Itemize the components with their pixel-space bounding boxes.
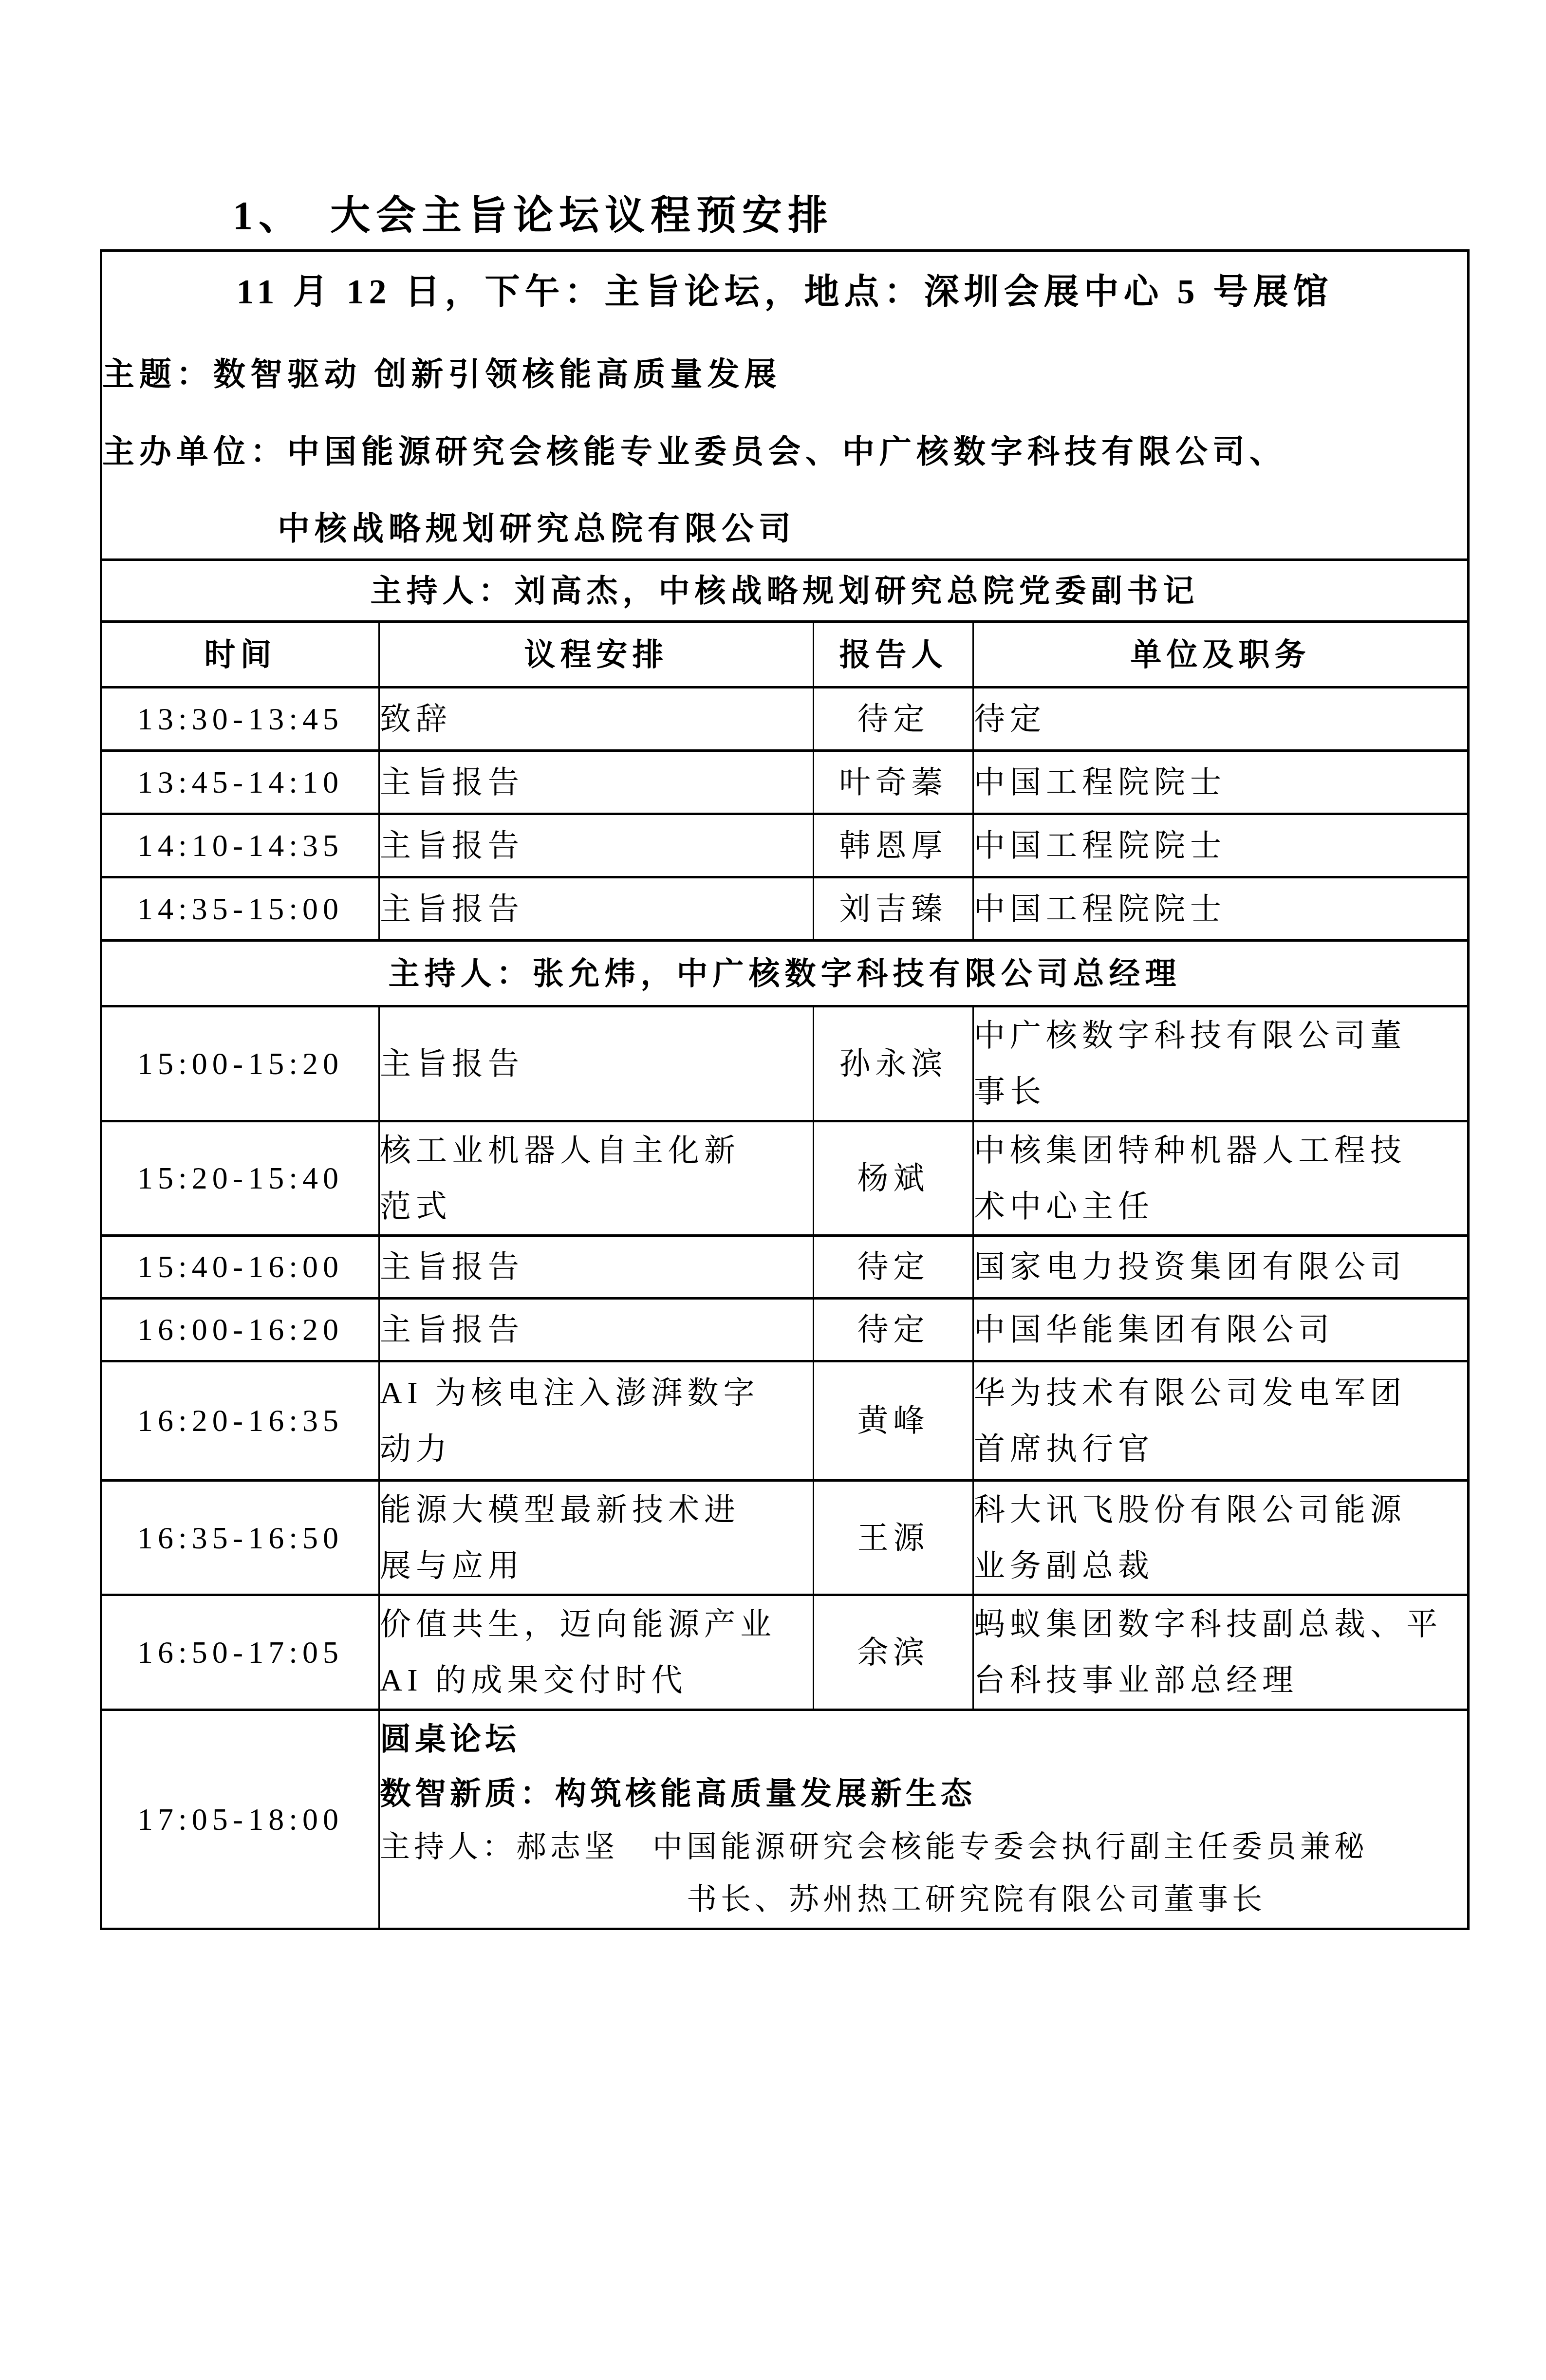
roundtable-cell: 圆桌论坛 数智新质：构筑核能高质量发展新生态 主持人：郝志坚 中国能源研究会核能… [379, 1710, 1469, 1929]
agenda-row: 14:35-15:00 主旨报告 刘吉臻 中国工程院院士 [101, 877, 1469, 941]
agenda-cell: 主旨报告 [379, 751, 814, 814]
time-cell: 14:35-15:00 [101, 877, 379, 941]
speaker-cell: 王源 [814, 1480, 973, 1595]
agenda-cell: 主旨报告 [379, 1006, 814, 1121]
agenda-cell: AI 为核电注入澎湃数字 动力 [379, 1361, 814, 1480]
unit-cell: 待定 [973, 688, 1469, 751]
session-header: 11 月 12 日，下午：主旨论坛，地点：深圳会展中心 5 号展馆 [102, 260, 1467, 324]
agenda-row: 16:50-17:05 价值共生，迈向能源产业 AI 的成果交付时代 余滨 蚂蚁… [101, 1595, 1469, 1710]
session-info-row: 11 月 12 日，下午：主旨论坛，地点：深圳会展中心 5 号展馆 主题：数智驱… [101, 251, 1469, 560]
agenda-row: 15:40-16:00 主旨报告 待定 国家电力投资集团有限公司 [101, 1235, 1469, 1298]
time-cell: 15:20-15:40 [101, 1121, 379, 1235]
speaker-cell: 待定 [814, 1235, 973, 1298]
time-cell: 16:20-16:35 [101, 1361, 379, 1480]
time-cell: 16:35-16:50 [101, 1480, 379, 1595]
col-header-speaker: 报告人 [814, 622, 973, 688]
moderator-row-1: 主持人：刘高杰，中核战略规划研究总院党委副书记 [101, 560, 1469, 622]
time-cell: 17:05-18:00 [101, 1710, 379, 1929]
time-cell: 15:00-15:20 [101, 1006, 379, 1121]
session-info-cell: 11 月 12 日，下午：主旨论坛，地点：深圳会展中心 5 号展馆 主题：数智驱… [101, 251, 1469, 560]
speaker-cell: 黄峰 [814, 1361, 973, 1480]
unit-cell: 中国工程院院士 [973, 877, 1469, 941]
roundtable-title: 圆桌论坛 [380, 1712, 1467, 1766]
moderator-row-2: 主持人：张允炜，中广核数字科技有限公司总经理 [101, 941, 1469, 1006]
agenda-row: 13:45-14:10 主旨报告 叶奇蓁 中国工程院院士 [101, 751, 1469, 814]
moderator-1-text: 主持人：刘高杰，中核战略规划研究总院党委副书记 [101, 560, 1469, 622]
speaker-cell: 刘吉臻 [814, 877, 973, 941]
col-header-agenda: 议程安排 [379, 622, 814, 688]
document-page: { "page": { "heading": "1、 大会主旨论坛议程预安排" … [0, 194, 1546, 2380]
agenda-cell: 主旨报告 [379, 1235, 814, 1298]
time-cell: 15:40-16:00 [101, 1235, 379, 1298]
page-title: 1、 大会主旨论坛议程预安排 [233, 194, 1546, 238]
speaker-cell: 待定 [814, 688, 973, 751]
unit-cell: 中国工程院院士 [973, 751, 1469, 814]
moderator-2-text: 主持人：张允炜，中广核数字科技有限公司总经理 [101, 941, 1469, 1006]
organizer-line: 主办单位：中国能源研究会核能专业委员会、中广核数字科技有限公司、 [102, 424, 1467, 482]
agenda-row: 15:20-15:40 核工业机器人自主化新 范式 杨斌 中核集团特种机器人工程… [101, 1121, 1469, 1235]
time-cell: 13:45-14:10 [101, 751, 379, 814]
agenda-cell: 致辞 [379, 688, 814, 751]
unit-cell: 中国华能集团有限公司 [973, 1298, 1469, 1361]
organizer-continuation-line: 中核战略规划研究总院有限公司 [278, 501, 1467, 558]
roundtable-moderator-line1: 主持人：郝志坚 中国能源研究会核能专委会执行副主任委员兼秘 [380, 1821, 1467, 1874]
theme-line: 主题：数智驱动 创新引领核能高质量发展 [102, 346, 1467, 404]
speaker-cell: 余滨 [814, 1595, 973, 1710]
agenda-cell: 价值共生，迈向能源产业 AI 的成果交付时代 [379, 1595, 814, 1710]
time-cell: 13:30-13:45 [101, 688, 379, 751]
roundtable-row: 17:05-18:00 圆桌论坛 数智新质：构筑核能高质量发展新生态 主持人：郝… [101, 1710, 1469, 1929]
column-header-row: 时间 议程安排 报告人 单位及职务 [101, 622, 1469, 688]
roundtable-subtitle: 数智新质：构筑核能高质量发展新生态 [380, 1766, 1467, 1821]
agenda-cell: 主旨报告 [379, 1298, 814, 1361]
agenda-table: 11 月 12 日，下午：主旨论坛，地点：深圳会展中心 5 号展馆 主题：数智驱… [100, 249, 1470, 1930]
agenda-row: 13:30-13:45 致辞 待定 待定 [101, 688, 1469, 751]
unit-cell: 华为技术有限公司发电军团 首席执行官 [973, 1361, 1469, 1480]
roundtable-moderator-line2: 书长、苏州热工研究院有限公司董事长 [687, 1874, 1467, 1927]
time-cell: 14:10-14:35 [101, 814, 379, 877]
speaker-cell: 孙永滨 [814, 1006, 973, 1121]
col-header-unit: 单位及职务 [973, 622, 1469, 688]
speaker-cell: 待定 [814, 1298, 973, 1361]
agenda-cell: 能源大模型最新技术进 展与应用 [379, 1480, 814, 1595]
agenda-row: 16:35-16:50 能源大模型最新技术进 展与应用 王源 科大讯飞股份有限公… [101, 1480, 1469, 1595]
agenda-cell: 主旨报告 [379, 814, 814, 877]
unit-cell: 中国工程院院士 [973, 814, 1469, 877]
unit-cell: 科大讯飞股份有限公司能源 业务副总裁 [973, 1480, 1469, 1595]
agenda-row: 14:10-14:35 主旨报告 韩恩厚 中国工程院院士 [101, 814, 1469, 877]
speaker-cell: 韩恩厚 [814, 814, 973, 877]
agenda-row: 16:20-16:35 AI 为核电注入澎湃数字 动力 黄峰 华为技术有限公司发… [101, 1361, 1469, 1480]
agenda-row: 16:00-16:20 主旨报告 待定 中国华能集团有限公司 [101, 1298, 1469, 1361]
speaker-cell: 叶奇蓁 [814, 751, 973, 814]
col-header-time: 时间 [101, 622, 379, 688]
time-cell: 16:50-17:05 [101, 1595, 379, 1710]
unit-cell: 国家电力投资集团有限公司 [973, 1235, 1469, 1298]
speaker-cell: 杨斌 [814, 1121, 973, 1235]
agenda-cell: 主旨报告 [379, 877, 814, 941]
unit-cell: 中广核数字科技有限公司董 事长 [973, 1006, 1469, 1121]
unit-cell: 蚂蚁集团数字科技副总裁、平 台科技事业部总经理 [973, 1595, 1469, 1710]
unit-cell: 中核集团特种机器人工程技 术中心主任 [973, 1121, 1469, 1235]
agenda-cell: 核工业机器人自主化新 范式 [379, 1121, 814, 1235]
agenda-row: 15:00-15:20 主旨报告 孙永滨 中广核数字科技有限公司董 事长 [101, 1006, 1469, 1121]
time-cell: 16:00-16:20 [101, 1298, 379, 1361]
